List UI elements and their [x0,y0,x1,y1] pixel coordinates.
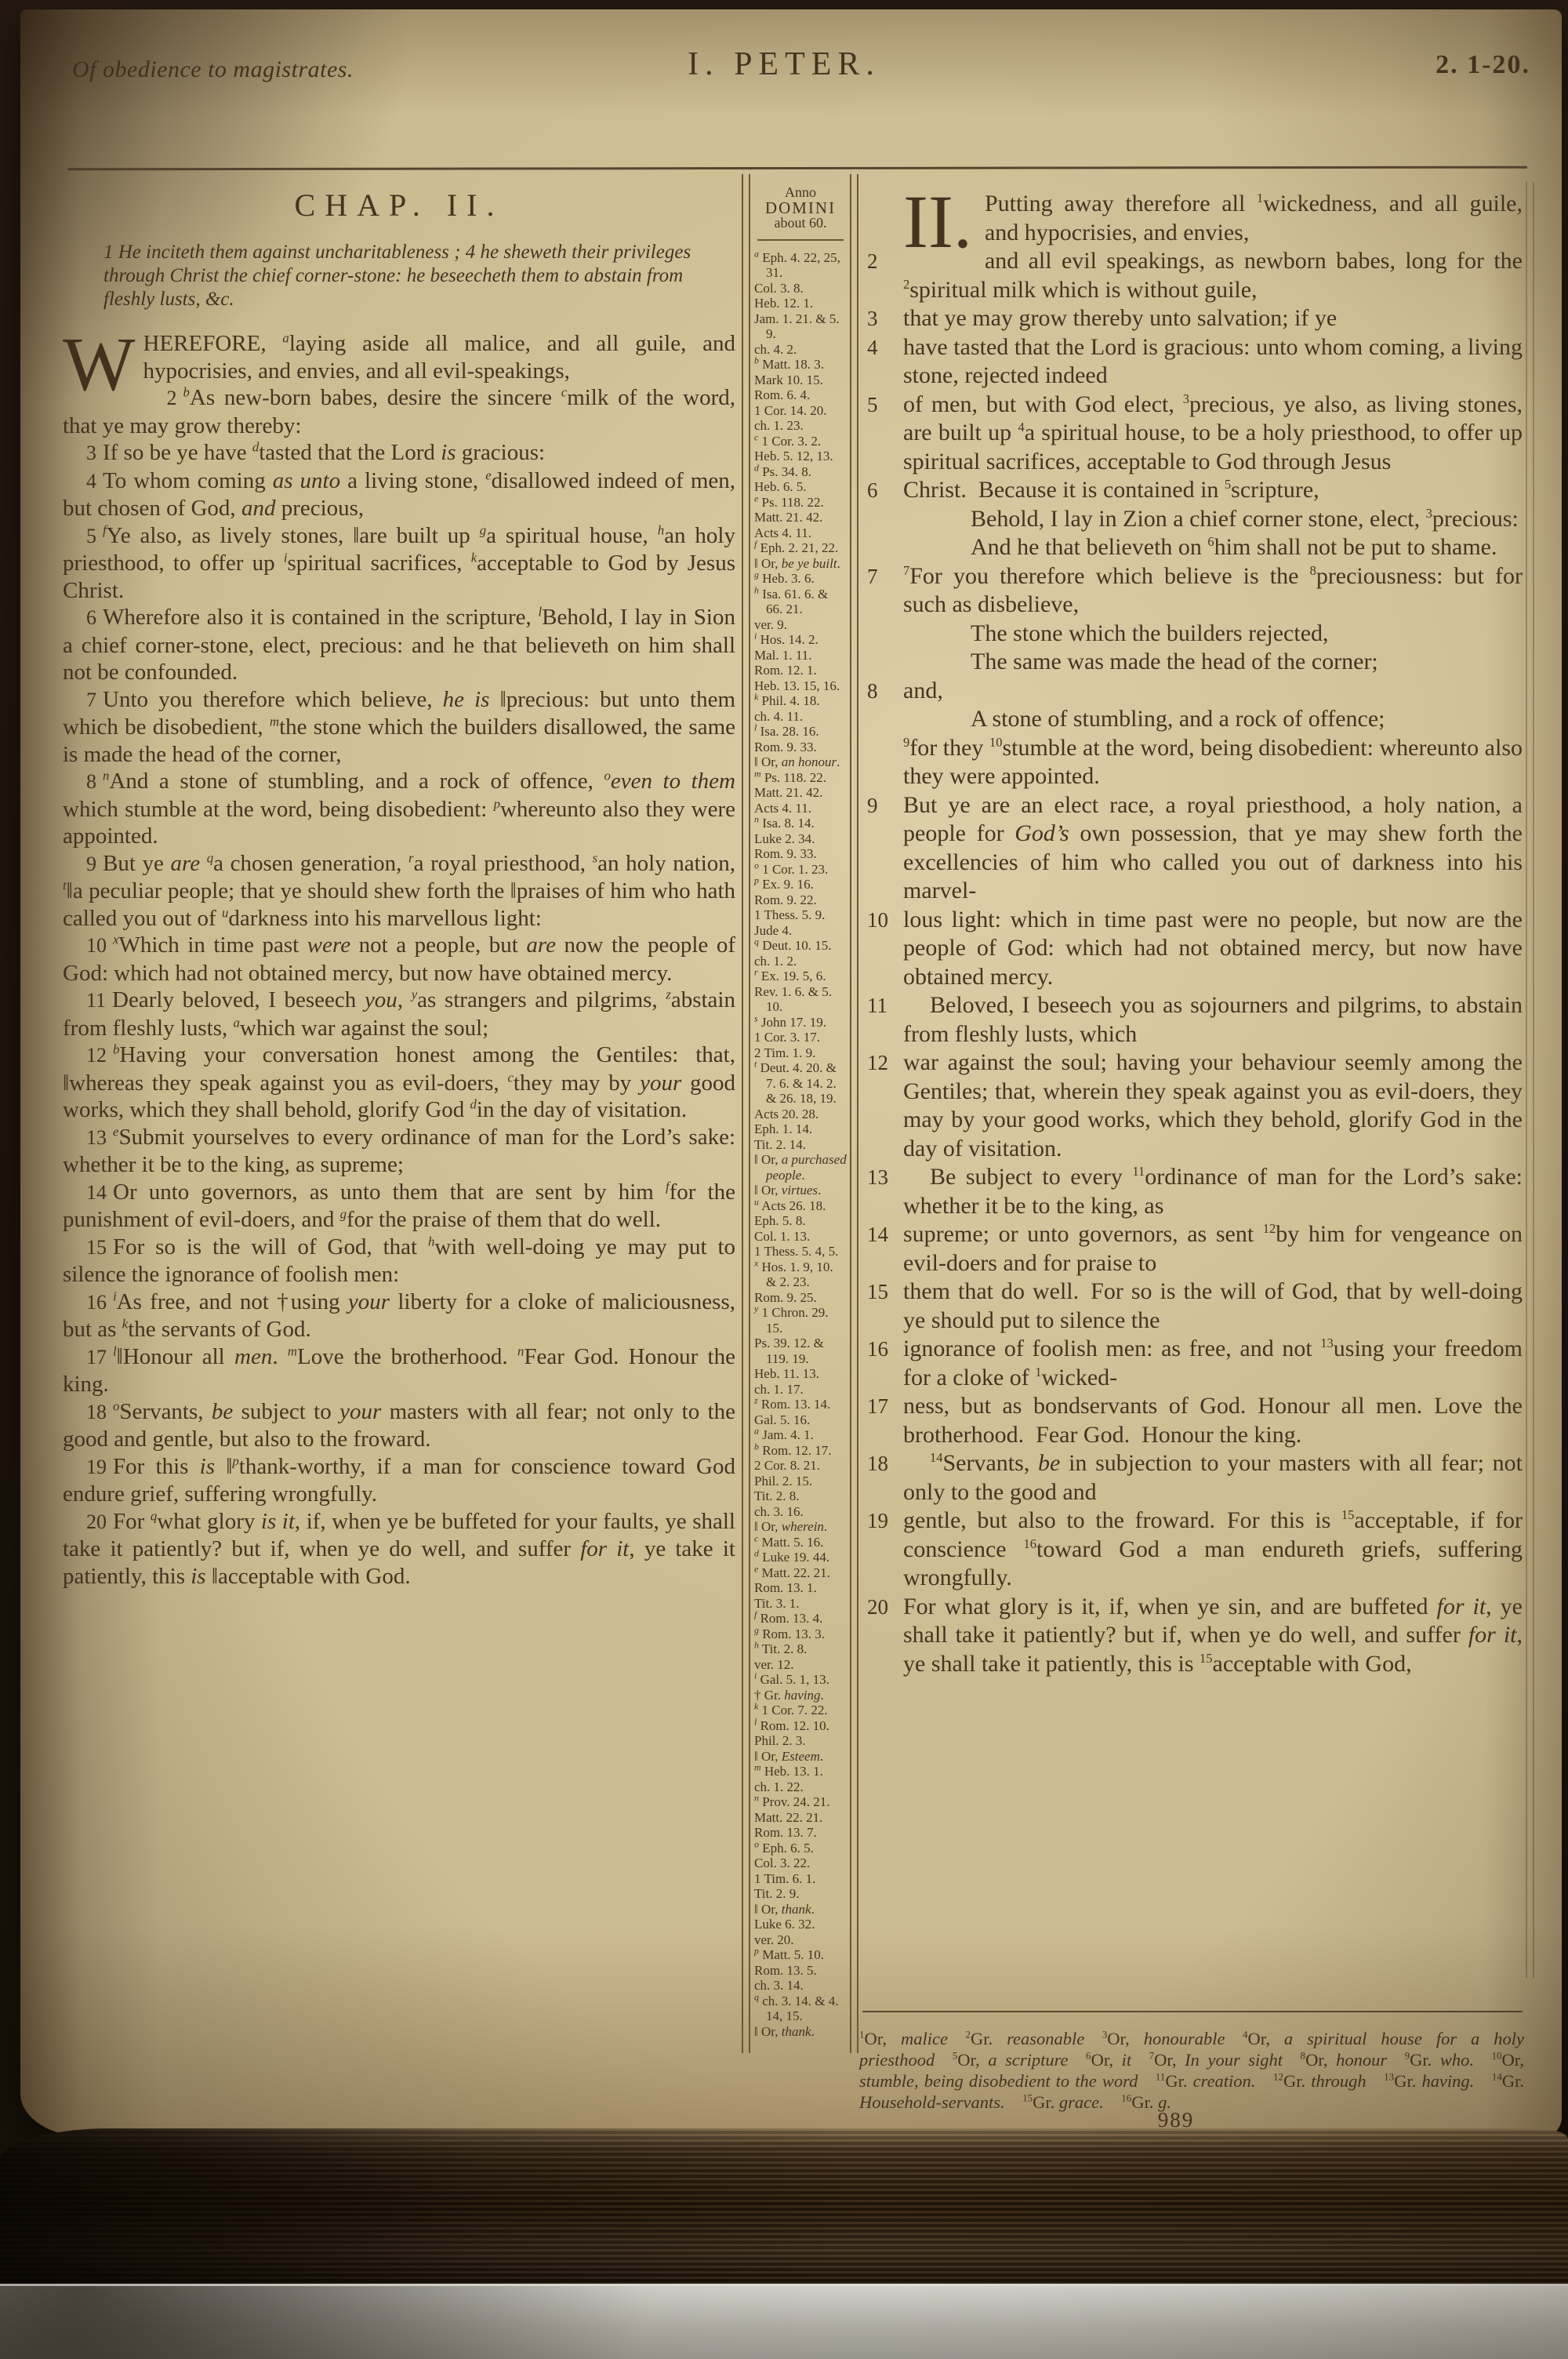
cross-reference: Luke 2. 34. [754,831,847,847]
rv-verses: II.Putting away therefore all 1wickednes… [903,190,1523,1678]
cross-reference: 2 Cor. 8. 21. [754,1458,847,1474]
verse-number: 19 [867,1507,900,1536]
cross-reference: e Matt. 22. 21. [754,1565,847,1581]
cross-reference: l Isa. 28. 16. [754,724,847,740]
rv-verse: 77For you therefore which believe is the… [903,562,1523,620]
cross-reference: k 1 Cor. 7. 22. [754,1703,847,1718]
kjv-verse: 16iAs free, and not †using your liberty … [63,1289,735,1343]
rv-verse: 20For what glory is it, if, when ye sin,… [903,1593,1523,1679]
rv-verse: 12war against the soul; having your beha… [903,1049,1523,1163]
cross-reference: Heb. 12. 1. [754,296,847,311]
rv-verse: 17ness, but as bondservants of God. Hono… [903,1392,1523,1449]
margin-reference-column: Anno DOMINI about 60. a Eph. 4. 22, 25, … [754,185,847,2039]
kjv-verse: 10xWhich in time past were not a people,… [63,932,735,987]
rv-verse: The same was made the head of the corner… [903,648,1523,677]
cross-reference: Tit. 2. 14. [754,1137,847,1153]
cross-reference: Heb. 6. 5. [754,479,847,495]
cross-reference: y 1 Chron. 29. 15. [754,1305,847,1336]
verse-number: 3 [867,304,900,333]
cross-reference: 1 Thess. 5. 9. [754,907,847,923]
verse-number: 15 [86,1236,113,1259]
rv-verse: 8and, [903,677,1523,706]
verse-number: 16 [867,1335,900,1364]
verse-number: 11 [867,991,900,1020]
verse-number: 18 [867,1449,900,1478]
cross-reference: Ps. 39. 12. & 119. 19. [754,1336,847,1366]
verse-text: and, [903,678,943,703]
verse-text: 7For you therefore which believe is the … [903,563,1523,618]
anno-rule [757,239,844,241]
cross-reference: ‖ Or, virtues. [754,1183,847,1198]
cross-reference: o 1 Cor. 1. 23. [754,862,847,878]
verse-range: 2. 1-20. [1436,50,1530,80]
rv-verse: 16ignorance of foolish men: as free, and… [903,1335,1523,1392]
kjv-verse: 8nAnd a stone of stumbling, and a rock o… [63,768,735,850]
cross-reference: Heb. 5. 12, 13. [754,449,847,464]
cross-reference: d Ps. 34. 8. [754,464,847,480]
verse-number: 2 [867,247,900,276]
cross-reference: s John 17. 19. [754,1015,847,1030]
kjv-verse: 5fYe also, as lively stones, ‖are built … [63,522,735,605]
verse-number: 3 [86,442,103,464]
rv-verse: Behold, I lay in Zion a chief corner sto… [903,505,1523,534]
verse-text: For what glory is it, if, when ye sin, a… [903,1594,1523,1677]
rv-verse: 11Beloved, I beseech you as sojourners a… [903,991,1523,1049]
cross-reference: Rom. 9. 25. [754,1290,847,1306]
cross-reference: ch. 1. 22. [754,1779,847,1795]
cross-reference: r Ex. 19. 5, 6. [754,969,847,984]
verse-number: 6 [867,476,900,505]
verse-text: And he that believeth on 6him shall not … [971,534,1497,560]
rv-verse: 3that ye may grow thereby unto salvation… [903,304,1523,333]
verse-number: 2 [167,387,183,409]
cross-reference: Mal. 1. 11. [754,648,847,663]
cross-reference: ch. 1. 23. [754,418,847,434]
cross-reference: Eph. 5. 8. [754,1213,847,1229]
cross-reference: ‖ Or, thank. [754,2024,847,2040]
verse-text: ignorance of foolish men: as free, and n… [903,1336,1523,1390]
cross-reference: ‖ Or, thank. [754,1902,847,1917]
rv-verse: 6Christ. Because it is contained in 5scr… [903,476,1523,505]
verse-text: that ye may grow thereby unto salvation;… [903,305,1337,331]
chapter-summary: 1 He inciteth them against uncharitablen… [103,241,731,311]
verse-text: Behold, I lay in Zion a chief corner sto… [971,506,1519,532]
cross-reference: Rom. 13. 7. [754,1825,847,1841]
kjv-verse: 19For this is ‖pthank-worthy, if a man f… [63,1453,735,1508]
verse-number: 15 [867,1278,900,1307]
table-surface [0,2284,1568,2359]
verse-text: Putting away therefore all 1wickedness, … [985,191,1523,245]
kjv-verse: 17l‖Honour all men. mLove the brotherhoo… [63,1343,735,1398]
cross-reference: Rom. 6. 4. [754,387,847,403]
cross-reference: g Rom. 13. 3. [754,1627,847,1642]
cross-reference: ‖ Or, a purchased people. [754,1152,847,1183]
verse-number: 12 [86,1044,113,1067]
verse-number: 13 [867,1163,900,1192]
rv-verse: 4have tasted that the Lord is gracious: … [903,333,1523,391]
verse-text: 9for they 10stumble at the word, being d… [903,735,1523,790]
verse-number: 9 [86,852,103,875]
anno-line: DOMINI [754,201,847,216]
cross-reference: Heb. 13. 15, 16. [754,678,847,694]
cross-reference: q ch. 3. 14. & 4. 14, 15. [754,1994,847,2024]
verse-number: 18 [86,1401,113,1423]
cross-reference: † Gr. having. [754,1688,847,1703]
cross-reference: a Jam. 4. 1. [754,1427,847,1443]
cross-reference: Col. 3. 8. [754,281,847,296]
cross-reference: Tit. 2. 8. [754,1488,847,1504]
cross-reference: q Deut. 10. 15. [754,938,847,954]
cross-reference: ch. 1. 2. [754,954,847,969]
verse-number: 6 [86,606,103,629]
cross-reference: Acts 20. 28. [754,1107,847,1122]
verse-number: 20 [867,1593,900,1622]
cross-reference: ‖ Or, be ye built. [754,556,847,572]
rv-verse: 13Be subject to every 11ordinance of man… [903,1163,1523,1220]
cross-reference: x Hos. 1. 9, 10. & 2. 23. [754,1259,847,1290]
cross-references: a Eph. 4. 22, 25, 31.Col. 3. 8.Heb. 12. … [754,250,847,2040]
cross-reference: ch. 4. 11. [754,709,847,725]
cross-reference: ‖ Or, an honour. [754,754,847,770]
verse-text: war against the soul; having your behavi… [903,1049,1523,1161]
verse-text: 14Servants, be in subjection to your mas… [903,1450,1523,1505]
cross-reference: Rom. 13. 5. [754,1963,847,1979]
verse-number: 4 [86,470,103,493]
verse-number: 5 [86,525,103,547]
verse-number: 5 [867,391,900,420]
verse-number: 8 [86,770,103,793]
cross-reference: ver. 9. [754,617,847,633]
cross-reference: Phil. 2. 3. [754,1733,847,1749]
cross-reference: Jam. 1. 21. & 5. 9. [754,311,847,342]
cross-reference: f Rom. 13. 4. [754,1611,847,1627]
column-divider-right [850,174,858,2053]
verse-number: 17 [867,1392,900,1421]
verse-number: 16 [86,1291,113,1314]
verse-number: 17 [86,1346,113,1369]
cross-reference: ch. 4. 2. [754,342,847,358]
verse-number: 13 [86,1126,113,1149]
verse-text: Beloved, I beseech you as sojourners and… [903,992,1523,1047]
cross-reference: Mark 10. 15. [754,373,847,388]
kjv-verse: 14Or unto governors, as unto them that a… [63,1179,735,1234]
cross-reference: k Phil. 4. 18. [754,693,847,709]
cross-reference: Jude 4. [754,923,847,939]
verse-number: 7 [86,689,103,711]
cross-reference: Acts 4. 11. [754,801,847,816]
cross-reference: Rom. 13. 1. [754,1580,847,1596]
cross-reference: n Isa. 8. 14. [754,816,847,831]
verse-text: have tasted that the Lord is gracious: u… [903,334,1523,389]
cross-reference: l Rom. 12. 10. [754,1718,847,1734]
kjv-verse: 15For so is the will of God, that hwith … [63,1234,735,1289]
cross-reference: f Eph. 2. 21, 22. [754,540,847,556]
rv-verse: 2and all evil speakings, as newborn babe… [903,247,1523,304]
kjv-verse: 4To whom coming as unto a living stone, … [63,467,735,522]
photo-background: Of obedience to magistrates. I. PETER. 2… [0,0,1568,2359]
cross-reference: ch. 3. 16. [754,1504,847,1520]
cross-reference: m Heb. 13. 1. [754,1764,847,1779]
cross-reference: Acts 4. 11. [754,525,847,541]
cross-reference: m Ps. 118. 22. [754,770,847,786]
cross-reference: Tit. 3. 1. [754,1596,847,1612]
book-fore-edge [0,2128,1568,2288]
cross-reference: ‖ Or, wherein. [754,1519,847,1535]
cross-reference: Gal. 5. 16. [754,1412,847,1428]
kjv-verse: 6Wherefore also it is contained in the s… [63,604,735,686]
cross-reference: 1 Cor. 3. 17. [754,1030,847,1045]
verse-text: The stone which the builders rejected, [971,620,1329,646]
cross-reference: Matt. 21. 42. [754,510,847,525]
rv-verse: 15them that do well. For so is the will … [903,1278,1523,1335]
rv-verse: 19gentle, but also to the froward. For t… [903,1507,1523,1593]
rv-column: II.Putting away therefore all 1wickednes… [903,190,1523,1678]
kjv-verse: 3If so be ye have dtasted that the Lord … [63,439,735,467]
drop-cap: W [63,330,143,394]
verse-text: and all evil speakings, as newborn babes… [903,248,1523,303]
column-divider-left [742,174,750,2053]
cross-reference: n Prov. 24. 21. [754,1794,847,1810]
verse-text: Christ. Because it is contained in 5scri… [903,477,1319,503]
cross-reference: ‖ Or, Esteem. [754,1749,847,1765]
cross-reference: Matt. 22. 21. [754,1810,847,1826]
verse-number: 14 [867,1220,900,1249]
footnote-rule [862,2011,1523,2012]
cross-reference: p Ex. 9. 16. [754,877,847,892]
page-edge-rule [1526,182,1534,1978]
cross-reference: u Acts 26. 18. [754,1198,847,1214]
cross-reference: Rev. 1. 6. & 5. 10. [754,984,847,1015]
cross-reference: h Isa. 61. 6. & 66. 21. [754,587,847,617]
verse-number: 14 [86,1181,113,1204]
verse-number: 20 [86,1510,113,1533]
rv-verse: 9for they 10stumble at the word, being d… [903,734,1523,791]
cross-reference: Luke 6. 32. [754,1917,847,1932]
verse-text: them that do well. For so is the will of… [903,1278,1523,1333]
verse-number: 11 [86,989,112,1012]
cross-reference: c Matt. 5. 16. [754,1535,847,1550]
cross-reference: h Tit. 2. 8. [754,1641,847,1657]
kjv-verse: 13eSubmit yourselves to every ordinance … [63,1124,735,1179]
cross-reference: Matt. 21. 42. [754,785,847,801]
verse-text: ness, but as bondservants of God. Honour… [903,1393,1523,1448]
cross-reference: e Ps. 118. 22. [754,495,847,511]
kjv-verses: WHEREFORE, alaying aside all malice, and… [63,330,735,1590]
cross-reference: i Hos. 14. 2. [754,632,847,648]
kjv-column: CHAP. II. 1 He inciteth them against unc… [63,187,735,1590]
verse-number: 19 [86,1456,113,1478]
chapter-heading: CHAP. II. [63,187,735,224]
anno-domini: Anno DOMINI about 60. [754,185,847,231]
verse-text: supreme; or unto governors, as sent 12by… [903,1221,1523,1276]
cross-reference: g Heb. 3. 6. [754,571,847,587]
cross-reference: c 1 Cor. 3. 2. [754,434,847,449]
cross-reference: Col. 3. 22. [754,1856,847,1871]
cross-reference: Rom. 12. 1. [754,663,847,678]
verse-number: 9 [867,791,900,820]
cross-reference: z Rom. 13. 14. [754,1397,847,1412]
chapter-numeral: II. [903,190,985,251]
verse-text: Be subject to every 11ordinance of man f… [903,1164,1523,1219]
book-title: I. PETER. [0,45,1568,83]
cross-reference: Heb. 11. 13. [754,1366,847,1382]
kjv-verse: 11Dearly beloved, I beseech you, yas str… [63,987,735,1041]
cross-reference: d Luke 19. 44. [754,1550,847,1565]
verse-text: But ye are an elect race, a royal priest… [903,792,1523,904]
cross-reference: b Matt. 18. 3. [754,357,847,373]
cross-reference: a Eph. 4. 22, 25, 31. [754,250,847,281]
verse-text: gentle, but also to the froward. For thi… [903,1507,1523,1590]
kjv-verse: 7Unto you therefore which believe, he is… [63,686,735,769]
rv-verse: 9But ye are an elect race, a royal pries… [903,791,1523,906]
cross-reference: i Gal. 5. 1, 13. [754,1672,847,1688]
rv-verse: 5of men, but with God elect, 3precious, … [903,391,1523,477]
kjv-verse: 12bHaving your conversation honest among… [63,1041,735,1124]
cross-reference: o Eph. 6. 5. [754,1841,847,1856]
cross-reference: 1 Tim. 6. 1. [754,1871,847,1887]
cross-reference: Phil. 2. 15. [754,1474,847,1489]
kjv-verse: 18oServants, be subject to your masters … [63,1398,735,1453]
verse-number: 10 [867,906,900,935]
rv-verse: The stone which the builders rejected, [903,620,1523,649]
cross-reference: Rom. 9. 33. [754,846,847,862]
verse-text: A stone of stumbling, and a rock of offe… [971,706,1385,732]
cross-reference: p Matt. 5. 10. [754,1947,847,1963]
kjv-verse: WHEREFORE, alaying aside all malice, and… [63,330,735,384]
verse-number: 4 [867,333,900,362]
cross-reference: Eph. 1. 14. [754,1121,847,1137]
footnotes: 1Or, malice 2Gr. reasonable 3Or, honoura… [859,2028,1524,2113]
anno-line: about 60. [754,216,847,231]
rv-verse: 1814Servants, be in subjection to your m… [903,1449,1523,1507]
cross-reference: t Deut. 4. 20. & 7. 6. & 14. 2. & 26. 18… [754,1060,847,1107]
kjv-verse: 2bAs new-born babes, desire the sincere … [63,384,735,439]
verse-number: 8 [867,677,900,706]
cross-reference: 1 Thess. 5. 4, 5. [754,1244,847,1259]
rv-verse: 14supreme; or unto governors, as sent 12… [903,1220,1523,1278]
rv-verse: A stone of stumbling, and a rock of offe… [903,705,1523,734]
rv-verse: II.Putting away therefore all 1wickednes… [903,190,1523,247]
cross-reference: ver. 20. [754,1932,847,1948]
verse-text: of men, but with God elect, 3precious, y… [903,391,1523,474]
kjv-verse: 9But ye are qa chosen generation, ra roy… [63,850,735,932]
verse-number: 7 [867,562,900,591]
kjv-verse: 20For qwhat glory is it, if, when ye be … [63,1508,735,1590]
verse-number: 12 [867,1049,900,1078]
cross-reference: 2 Tim. 1. 9. [754,1045,847,1061]
cross-reference: ch. 3. 14. [754,1978,847,1994]
cross-reference: Col. 1. 13. [754,1229,847,1245]
rv-verse: 10lous light: which in time past were no… [903,906,1523,992]
verse-number: 10 [86,934,113,957]
cross-reference: Tit. 2. 9. [754,1886,847,1902]
cross-reference: ver. 12. [754,1657,847,1673]
cross-reference: Rom. 9. 22. [754,892,847,908]
cross-reference: 1 Cor. 14. 20. [754,403,847,419]
cross-reference: Rom. 9. 33. [754,740,847,755]
cross-reference: b Rom. 12. 17. [754,1443,847,1459]
verse-text: The same was made the head of the corner… [971,649,1378,674]
rv-verse: And he that believeth on 6him shall not … [903,533,1523,562]
verse-text: lous light: which in time past were no p… [903,907,1523,990]
cross-reference: ch. 1. 17. [754,1382,847,1398]
